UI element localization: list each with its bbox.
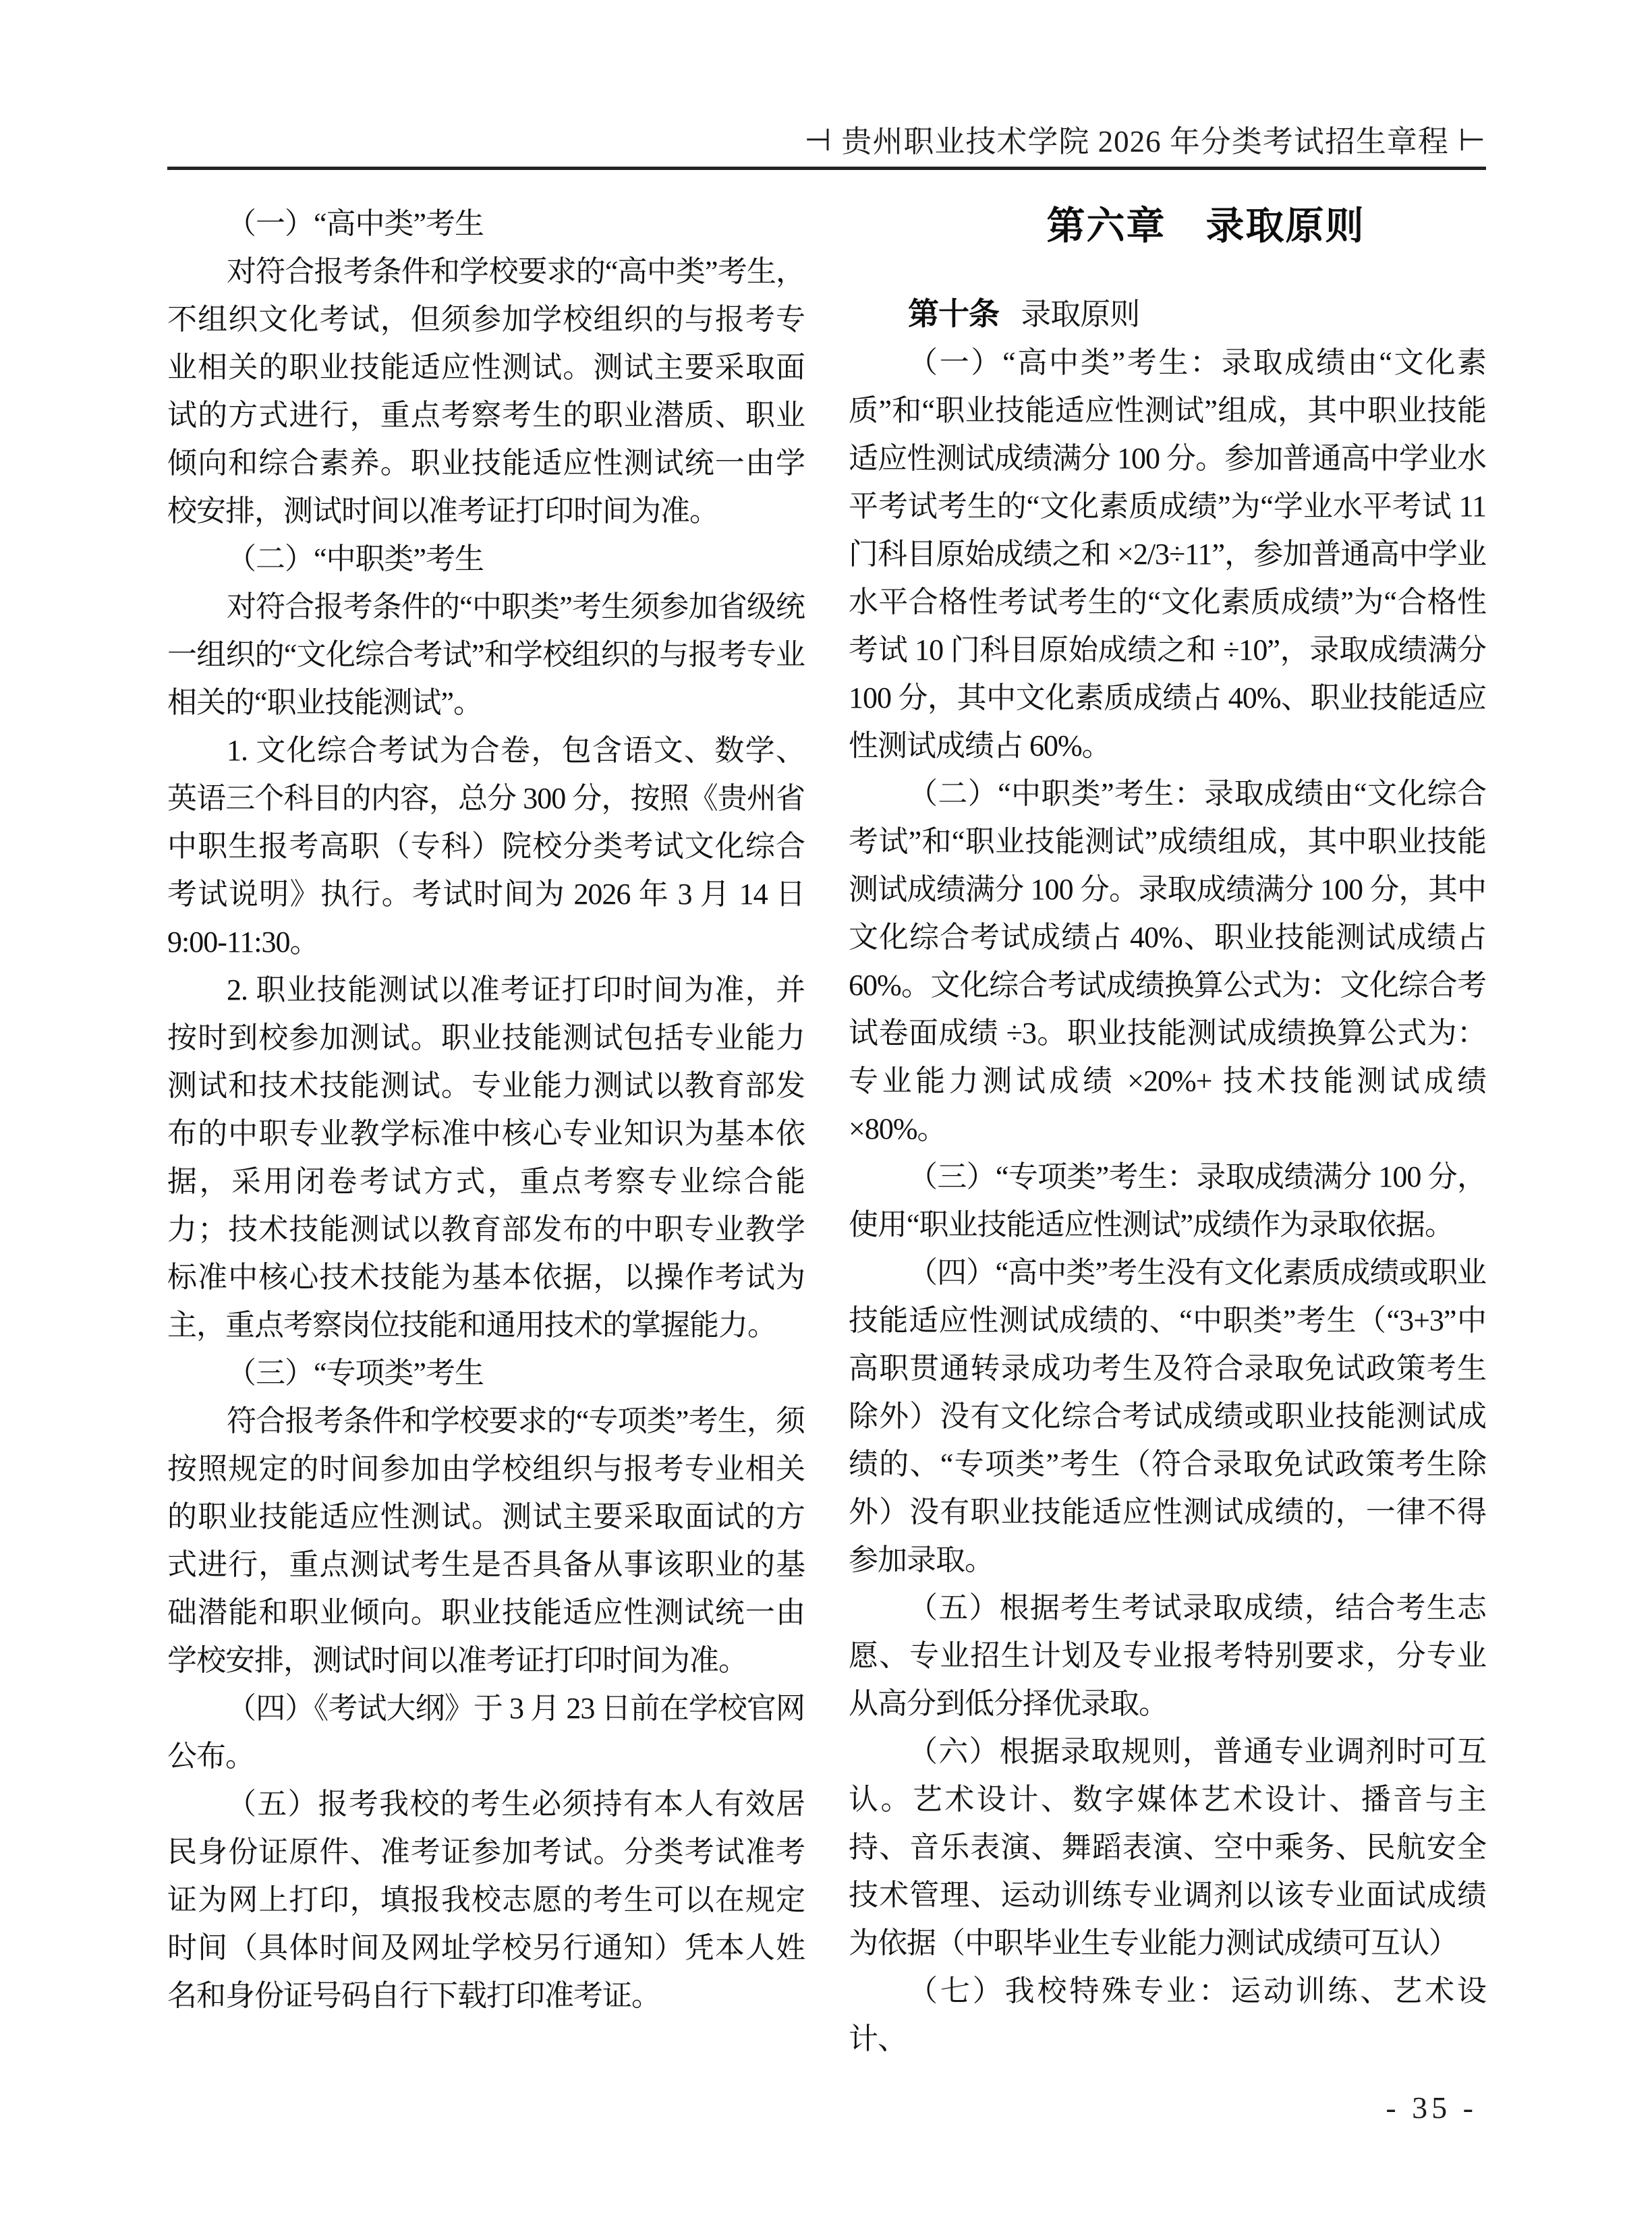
body-paragraph: （三）“专项类”考生 [167, 1349, 805, 1397]
right-column-paragraphs: （一）“高中类”考生：录取成绩由“文化素质”和“职业技能适应性测试”组成，其中职… [849, 339, 1486, 2063]
body-paragraph: （七）我校特殊专业：运动训练、艺术设计、 [849, 1967, 1486, 2063]
running-header: ⊣贵州职业技术学院 2026 年分类考试招生章程⊢ [167, 120, 1486, 163]
body-paragraph: 符合报考条件和学校要求的“专项类”考生，须按照规定的时间参加由学校组织与报考专业… [167, 1397, 805, 1684]
header-divider-rule [167, 167, 1486, 170]
left-text-column: （一）“高中类”考生 对符合报考条件和学校要求的“高中类”考生，不组织文化考试，… [167, 200, 805, 2020]
body-paragraph: 对符合报考条件和学校要求的“高中类”考生，不组织文化考试，但须参加学校组织的与报… [167, 248, 805, 535]
body-paragraph: 对符合报考条件的“中职类”考生须参加省级统一组织的“文化综合考试”和学校组织的与… [167, 583, 805, 726]
header-right-tick-mark: ⊢ [1458, 121, 1486, 158]
article-number-label: 第十条 [908, 295, 999, 332]
page-number: - 35 - [1386, 2090, 1477, 2125]
chapter-heading: 第六章 录取原则 [849, 200, 1486, 252]
body-paragraph: （六）根据录取规则，普通专业调剂时可互认。艺术设计、数字媒体艺术设计、播音与主持… [849, 1728, 1486, 1967]
body-paragraph: （四）《考试大纲》于 3 月 23 日前在学校官网公布。 [167, 1684, 805, 1780]
running-header-title: 贵州职业技术学院 2026 年分类考试招生章程 [841, 125, 1449, 159]
body-paragraph: （三）“专项类”考生：录取成绩满分 100 分，使用“职业技能适应性测试”成绩作… [849, 1153, 1486, 1249]
body-paragraph: （二）“中职类”考生：录取成绩由“文化综合考试”和“职业技能测试”成绩组成，其中… [849, 770, 1486, 1153]
body-paragraph: （一）“高中类”考生：录取成绩由“文化素质”和“职业技能适应性测试”组成，其中职… [849, 339, 1486, 770]
body-paragraph: （五）根据考生考试录取成绩，结合考生志愿、专业招生计划及专业报考特别要求，分专业… [849, 1584, 1486, 1728]
article-line: 第十条录取原则 [849, 290, 1486, 339]
body-paragraph: 2. 职业技能测试以准考证打印时间为准，并按时到校参加测试。职业技能测试包括专业… [167, 966, 805, 1349]
body-paragraph: （一）“高中类”考生 [167, 200, 805, 248]
body-paragraph: 1. 文化综合考试为合卷，包含语文、数学、英语三个科目的内容，总分 300 分，… [167, 726, 805, 966]
body-paragraph: （四）“高中类”考生没有文化素质成绩或职业技能适应性测试成绩的、“中职类”考生（… [849, 1249, 1486, 1584]
body-paragraph: （二）“中职类”考生 [167, 535, 805, 583]
article-title: 录取原则 [1021, 297, 1139, 331]
body-paragraph: （五）报考我校的考生必须持有本人有效居民身份证原件、准考证参加考试。分类考试准考… [167, 1780, 805, 2020]
document-page: ⊣贵州职业技术学院 2026 年分类考试招生章程⊢ （一）“高中类”考生 对符合… [0, 0, 1652, 2226]
header-left-tick-mark: ⊣ [804, 121, 832, 158]
right-text-column: 第六章 录取原则 第十条录取原则 （一）“高中类”考生：录取成绩由“文化素质”和… [849, 200, 1486, 2063]
